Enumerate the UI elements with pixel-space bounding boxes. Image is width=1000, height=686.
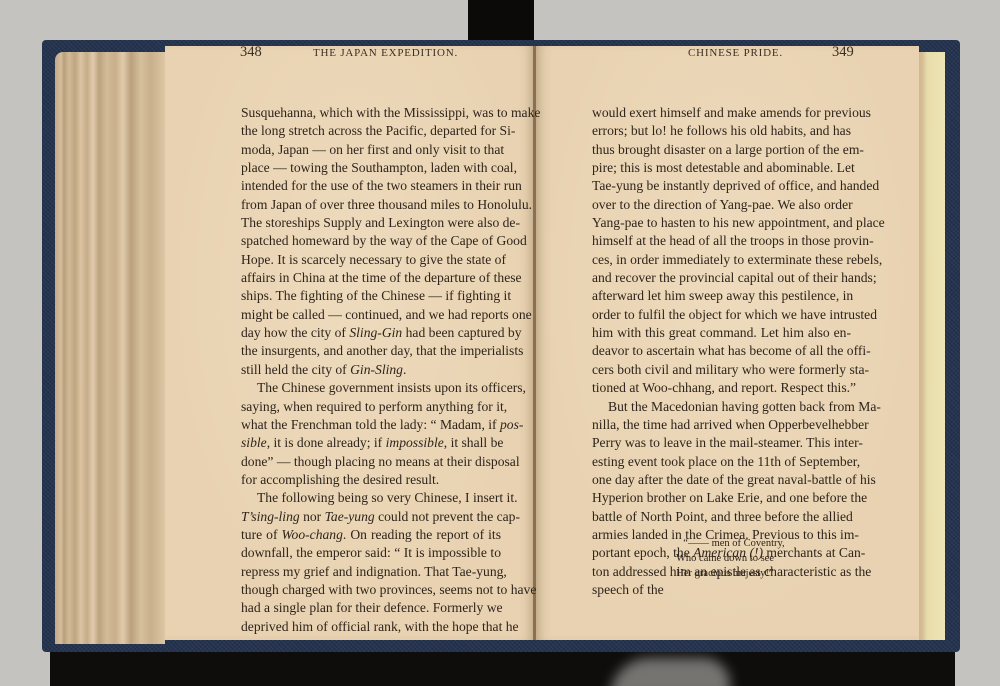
left-text-line: intended for the use of the two steamers… (241, 177, 501, 195)
left-text-line: the long stretch across the Pacific, dep… (241, 122, 501, 140)
left-text-line: moda, Japan — on her first and only visi… (241, 141, 501, 159)
verse-quote: “—— men of Coventry,Who came down to see… (650, 536, 800, 581)
left-text-line: what the Frenchman told the lady: “ Mada… (241, 416, 501, 434)
left-text-line: deprived him of official rank, with the … (241, 618, 501, 636)
right-text-line: speech of the (592, 581, 851, 599)
right-text-line: tioned at Woo-chhang, and report. Respec… (592, 379, 851, 397)
right-text-line: But the Macedonian having gotten back fr… (592, 398, 851, 416)
gutter (533, 46, 536, 640)
left-text-line: had a single plan for their defence. For… (241, 599, 501, 617)
left-text-line: though charged with two provinces, seems… (241, 581, 501, 599)
left-text-line: from Japan of over three thousand miles … (241, 196, 501, 214)
right-text-line: one day after the date of the great nava… (592, 471, 851, 489)
left-text-line: saying, when required to perform anythin… (241, 398, 501, 416)
left-text-line: downfall, the emperor said: “ It is impo… (241, 544, 501, 562)
left-page-body: Susquehanna, which with the Mississippi,… (241, 104, 501, 636)
left-text-line: done” — though placing no means at their… (241, 453, 501, 471)
left-text-line: The Chinese government insists upon its … (241, 379, 501, 397)
left-text-line: for accomplishing the desired result. (241, 471, 501, 489)
background-shadow-top (468, 0, 534, 44)
right-text-line: Perry was to leave in the mail-steamer. … (592, 434, 851, 452)
right-text-line: Hyperion brother on Lake Erie, and one b… (592, 489, 851, 507)
left-text-line: affairs in China at the time of the depa… (241, 269, 501, 287)
right-page-body: would exert himself and make amends for … (592, 104, 851, 599)
page-number-right: 349 (832, 44, 854, 61)
right-text-line: errors; but lo! he follows his old habit… (592, 122, 851, 140)
left-text-line: spatched homeward by the way of the Cape… (241, 232, 501, 250)
left-text-line: ships. The fighting of the Chinese — if … (241, 287, 501, 305)
right-text-line: would exert himself and make amends for … (592, 104, 851, 122)
right-text-line: order to fulfil the object for which we … (592, 306, 851, 324)
right-text-line: him with this great command. Let him als… (592, 324, 851, 342)
verse-line: Her gracious majesty!” (650, 566, 800, 581)
left-text-line: still held the city of Gin-Sling. (241, 361, 501, 379)
left-text-line: place — towing the Southampton, laden wi… (241, 159, 501, 177)
left-text-line: T’sing-ling nor Tae-yung could not preve… (241, 508, 501, 526)
left-text-line: The storeships Supply and Lexington were… (241, 214, 501, 232)
right-text-line: esting event took place on the 11th of S… (592, 453, 851, 471)
right-text-line: battle of North Point, and three before … (592, 508, 851, 526)
right-text-line: Yang-pae to hasten to his new appointmen… (592, 214, 851, 232)
page-block-left-edge (55, 52, 165, 644)
left-text-line: repress my grief and indignation. That T… (241, 563, 501, 581)
left-text-line: sible, it is done already; if impossible… (241, 434, 501, 452)
right-text-line: deavor to ascertain what has become of a… (592, 342, 851, 360)
left-text-line: day how the city of Sling-Gin had been c… (241, 324, 501, 342)
right-text-line: himself at the head of all the troops in… (592, 232, 851, 250)
right-text-line: afterward let him sweep away this pestil… (592, 287, 851, 305)
running-head-right: CHINESE PRIDE. (688, 47, 783, 59)
left-text-line: The following being so very Chinese, I i… (241, 489, 501, 507)
right-text-line: pire; this is most detestable and abomin… (592, 159, 851, 177)
right-text-line: cers both civil and military who were fo… (592, 361, 851, 379)
left-text-line: Hope. It is scarcely necessary to give t… (241, 251, 501, 269)
page-block-right-edge (915, 52, 945, 640)
left-text-line: the insurgents, and another day, that th… (241, 342, 501, 360)
verse-line: Who came down to see (650, 551, 800, 566)
right-text-line: and recover the provincial capital out o… (592, 269, 851, 287)
right-text-line: ces, in order immediately to exterminate… (592, 251, 851, 269)
verse-line: “—— men of Coventry, (650, 536, 800, 551)
right-text-line: thus brought disaster on a large portion… (592, 141, 851, 159)
running-head-left: THE JAPAN EXPEDITION. (313, 47, 458, 59)
right-text-line: nilla, the time had arrived when Opperbe… (592, 416, 851, 434)
right-text-line: Tae-yung be instantly deprived of office… (592, 177, 851, 195)
page-number-left: 348 (240, 44, 262, 61)
left-text-line: ture of Woo-chang. On reading the report… (241, 526, 501, 544)
right-text-line: over to the direction of Yang-pae. We al… (592, 196, 851, 214)
left-text-line: might be called — continued, and we had … (241, 306, 501, 324)
left-text-line: Susquehanna, which with the Mississippi,… (241, 104, 501, 122)
